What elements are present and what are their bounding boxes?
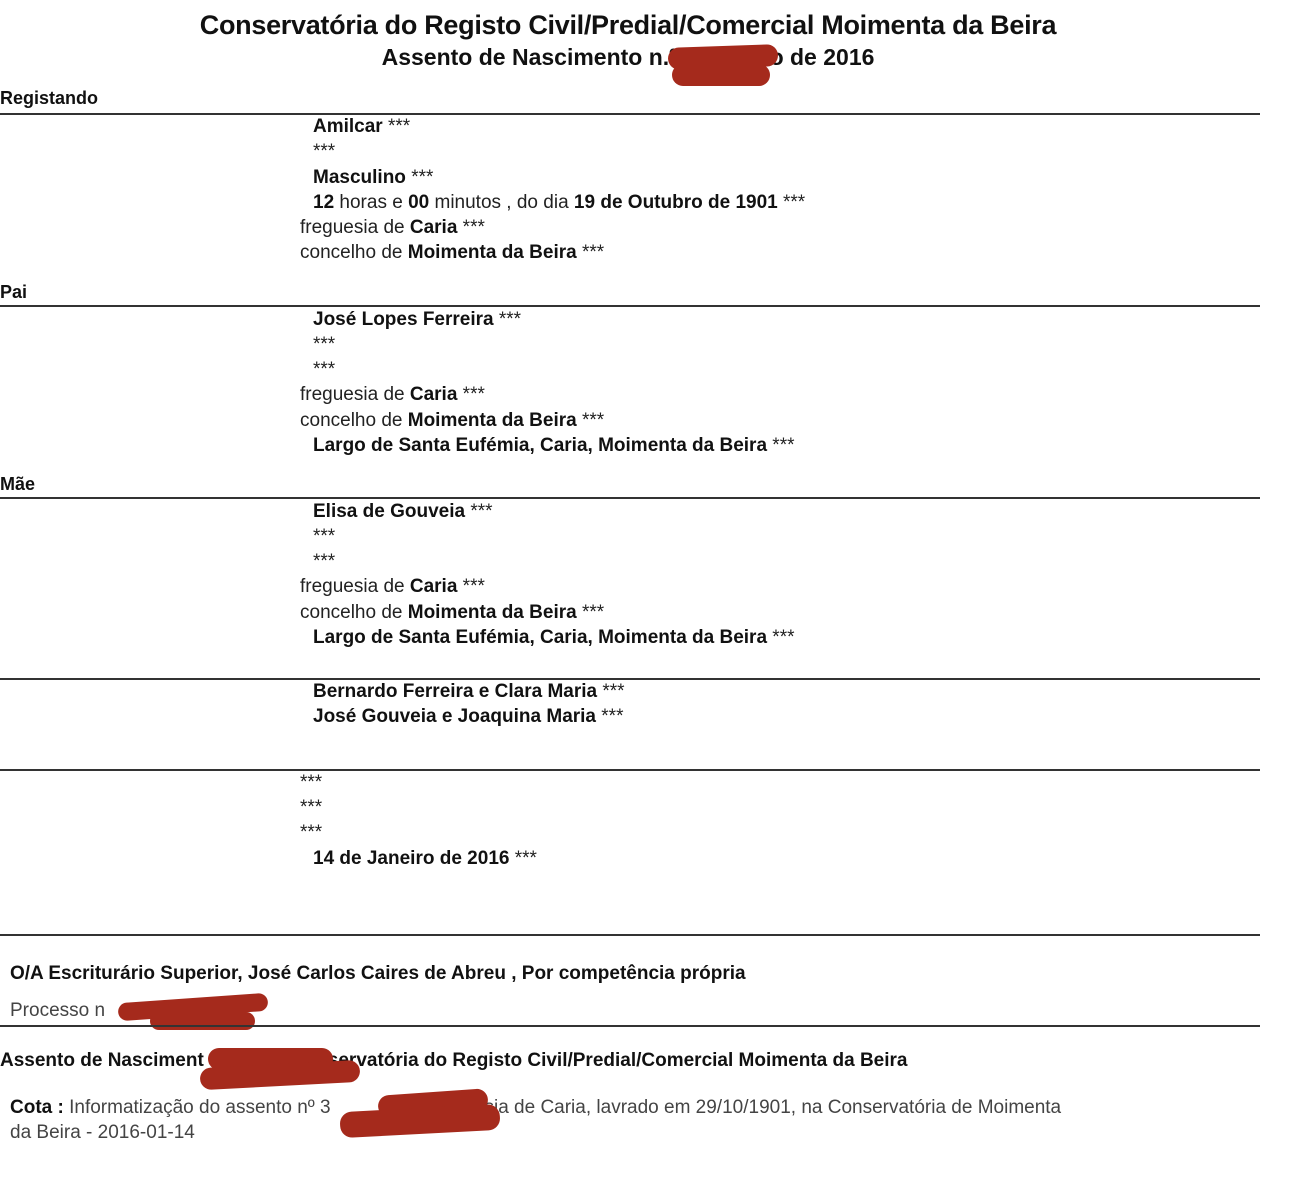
value: ***	[313, 551, 335, 573]
divider	[0, 769, 1260, 771]
divider	[0, 678, 1260, 680]
value: freguesia de Caria ***	[300, 217, 485, 239]
value: Masculino ***	[313, 167, 433, 189]
redaction-mark	[672, 64, 770, 86]
cota-line-2: da Beira - 2016-01-14	[10, 1122, 195, 1144]
value: ***	[300, 772, 322, 794]
section-registando: Registando	[0, 88, 98, 109]
value: ***	[300, 797, 322, 819]
value: 12 horas e 00 minutos , do dia 19 de Out…	[313, 192, 805, 214]
processo-numero: Processo n	[10, 1000, 105, 1022]
divider	[0, 497, 1260, 499]
value: Largo de Santa Eufémia, Caria, Moimenta …	[313, 627, 794, 649]
value: Bernardo Ferreira e Clara Maria ***	[313, 681, 625, 703]
redaction-mark	[150, 1012, 255, 1030]
cota: Cota : Informatização do assento nº 3fre…	[10, 1097, 1061, 1119]
divider	[0, 305, 1260, 307]
section-pai: Pai	[0, 282, 27, 303]
value: concelho de Moimenta da Beira ***	[300, 242, 604, 264]
value: freguesia de Caria ***	[300, 384, 485, 406]
assento-referencia: Assento de Nascimentservatória do Regist…	[0, 1050, 907, 1072]
value: ***	[313, 334, 335, 356]
divider	[0, 113, 1260, 115]
value: Amilcar ***	[313, 116, 410, 138]
value: 14 de Janeiro de 2016 ***	[313, 848, 537, 870]
signatario: O/A Escriturário Superior, José Carlos C…	[10, 963, 746, 985]
value: ***	[313, 359, 335, 381]
document-title: Conservatória do Registo Civil/Predial/C…	[0, 10, 1256, 41]
value: concelho de Moimenta da Beira ***	[300, 602, 604, 624]
divider	[0, 1025, 1260, 1027]
value: José Gouveia e Joaquina Maria ***	[313, 706, 623, 728]
subtitle-prefix: Assento de Nascimento n.º	[382, 44, 678, 70]
value: freguesia de Caria ***	[300, 576, 485, 598]
divider	[0, 934, 1260, 936]
value: Elisa de Gouveia ***	[313, 501, 493, 523]
value: concelho de Moimenta da Beira ***	[300, 410, 604, 432]
section-mae: Mãe	[0, 474, 35, 495]
value: ***	[313, 141, 335, 163]
subtitle-suffix: o de 2016	[770, 44, 875, 70]
value: José Lopes Ferreira ***	[313, 309, 521, 331]
value: ***	[300, 822, 322, 844]
value: Largo de Santa Eufémia, Caria, Moimenta …	[313, 435, 794, 457]
document-subtitle: Assento de Nascimento n.ºo de 2016	[0, 44, 1256, 71]
value: ***	[313, 526, 335, 548]
